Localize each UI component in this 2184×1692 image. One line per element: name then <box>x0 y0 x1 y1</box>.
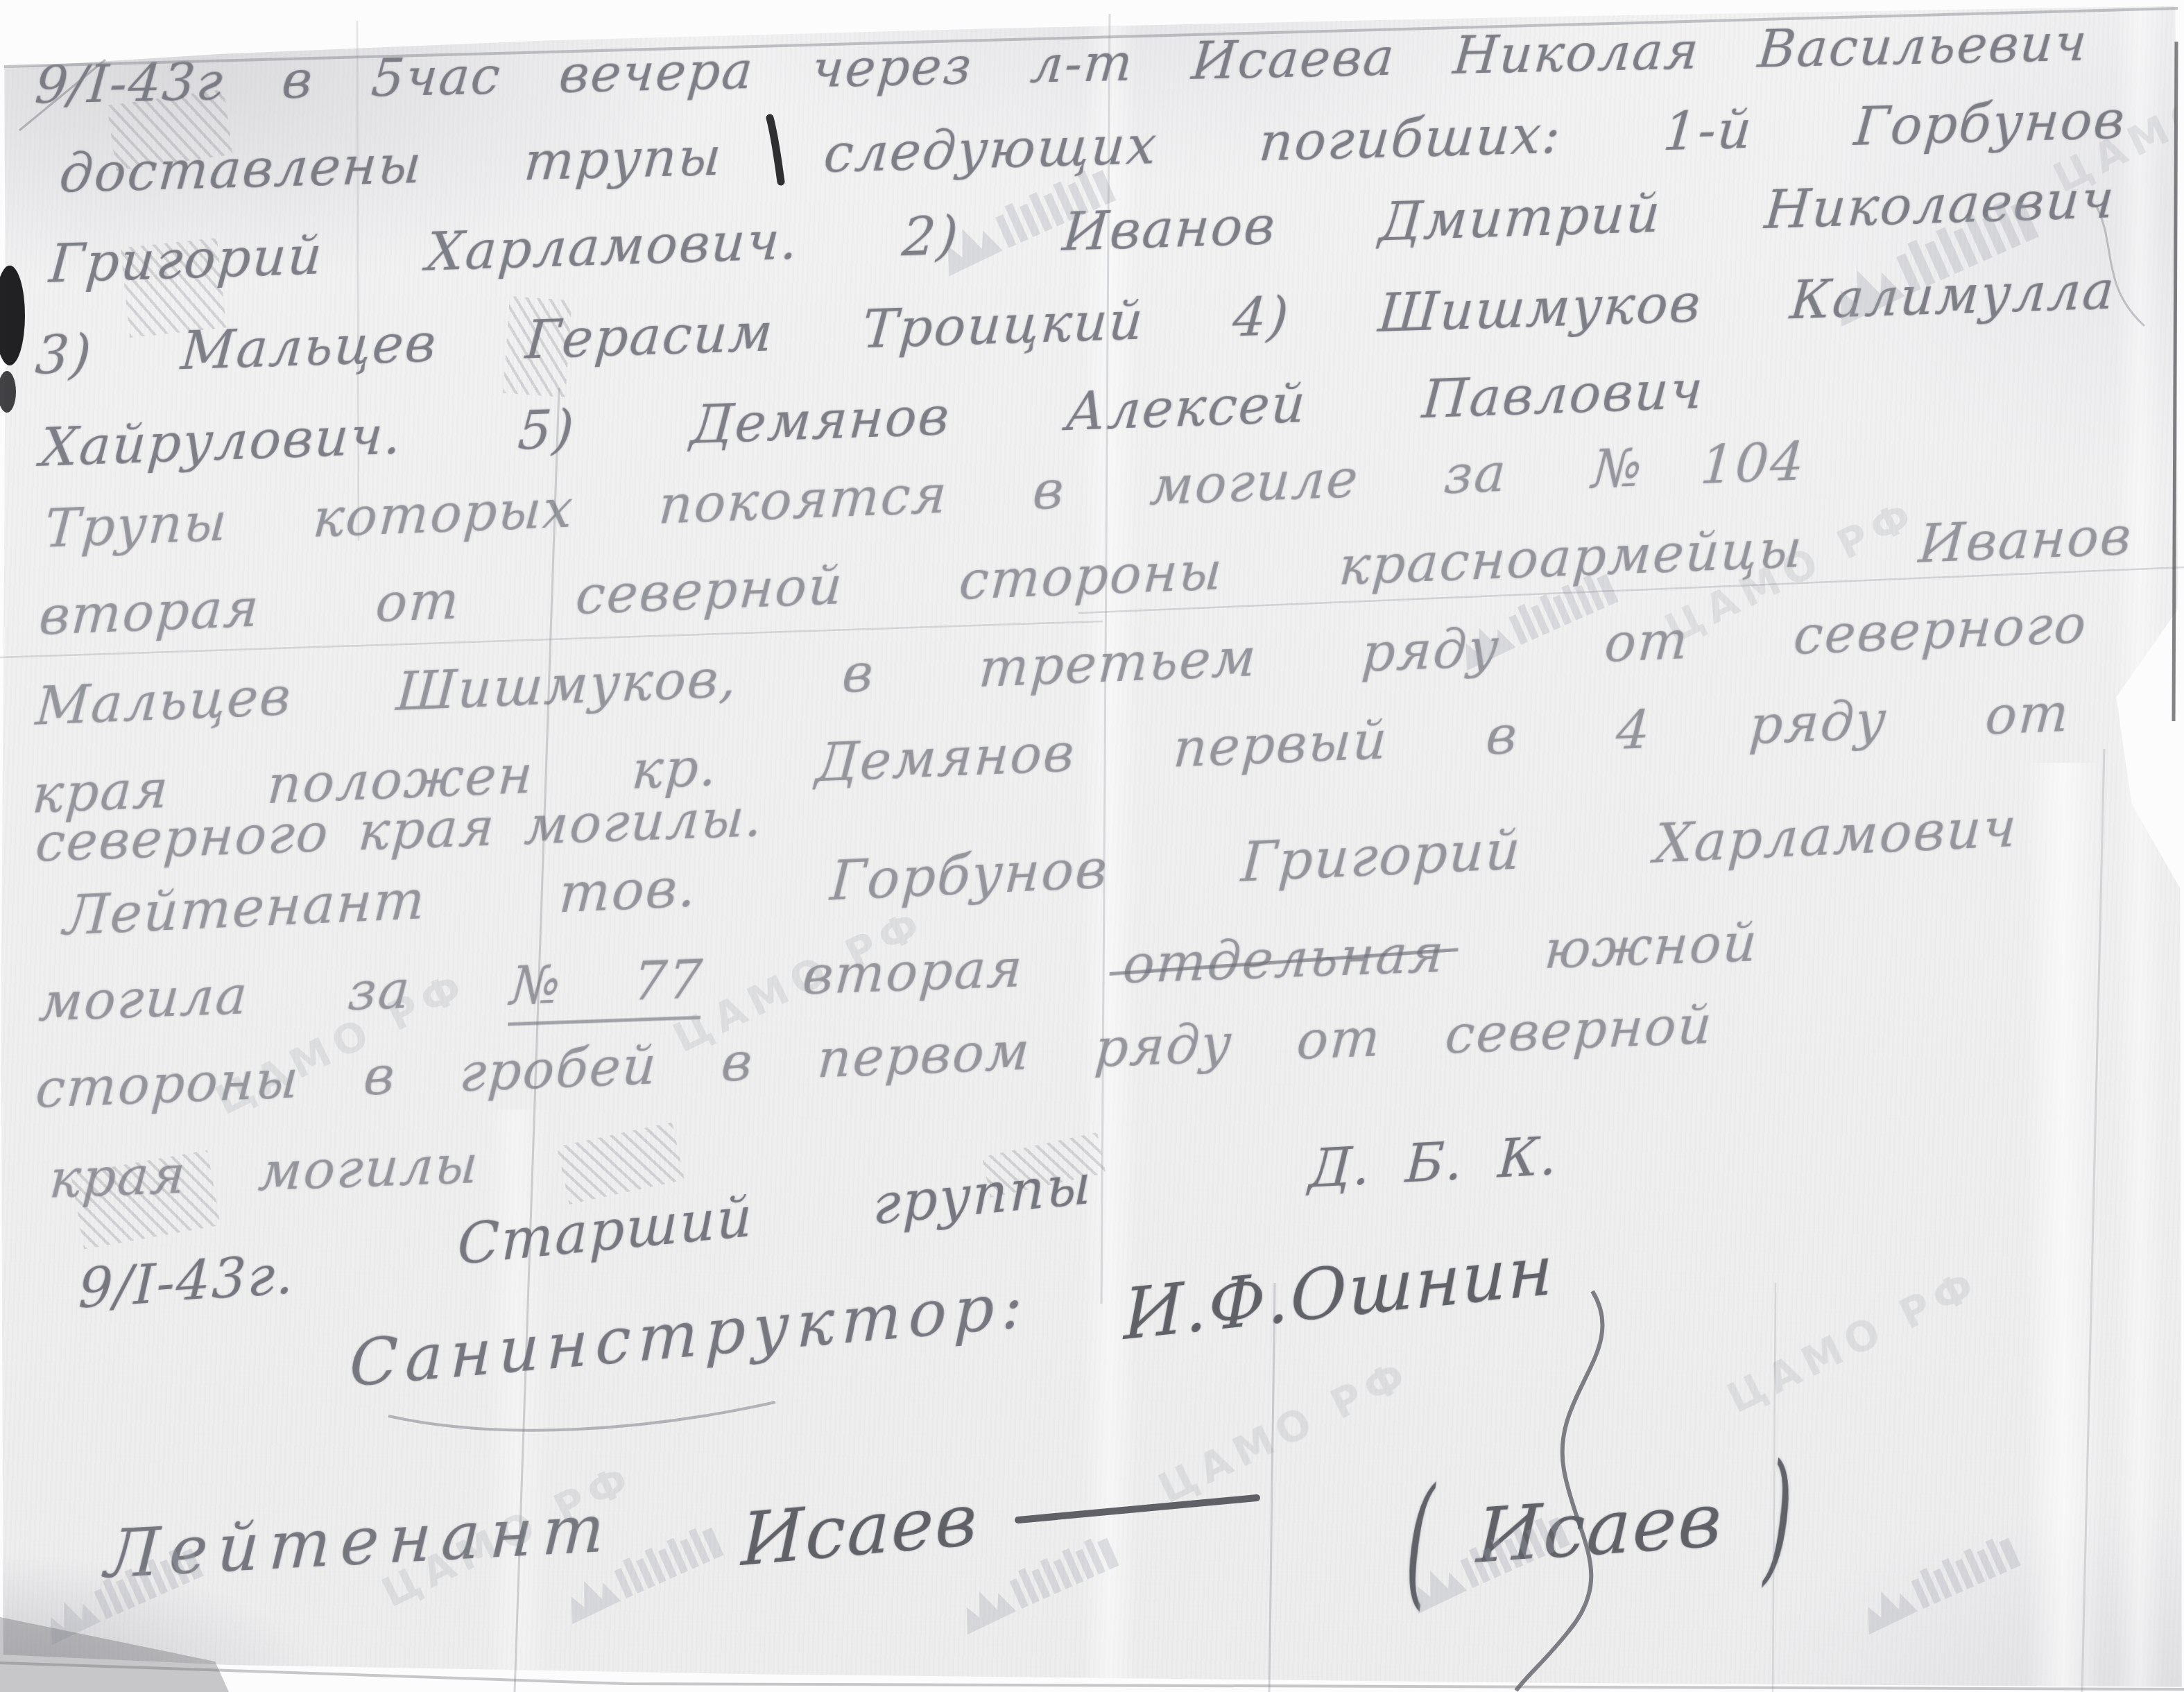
paper-fold-highlight <box>2115 0 2164 1692</box>
medic-signature: И.Ф.Ошнин <box>1124 1220 1579 1362</box>
date-bottom: 9/I-43г. <box>77 1235 350 1327</box>
grave-77-line-1-part: отдельная <box>1121 922 1447 995</box>
paper-fold-highlight <box>2025 763 2101 1692</box>
scanned-document: 9/I-43г в 5час вечера через л-т Исаева Н… <box>0 0 2184 1692</box>
paper-fold-highlight <box>485 1110 548 1692</box>
camo-rf-watermark: ЦАМО РФ <box>1720 1259 1988 1422</box>
name-in-parens-part: ) <box>1762 1421 1796 1614</box>
grave-77-line-1-part: южной <box>1542 911 1760 981</box>
grave-77-line-1-part: могила <box>37 964 250 1033</box>
camo-rf-watermark: ЦАМО РФ <box>1151 1349 1419 1512</box>
group-leader-initials: Д. Б. К. <box>1307 1121 1560 1205</box>
document-page: 9/I-43г в 5час вечера через л-т Исаева Н… <box>0 0 2184 1692</box>
pamyat-naroda-logo-watermark <box>1845 1518 2036 1651</box>
grave-77-line-3: края могилы <box>47 1129 482 1216</box>
group-leader-label: Старший группы <box>457 1147 1093 1284</box>
